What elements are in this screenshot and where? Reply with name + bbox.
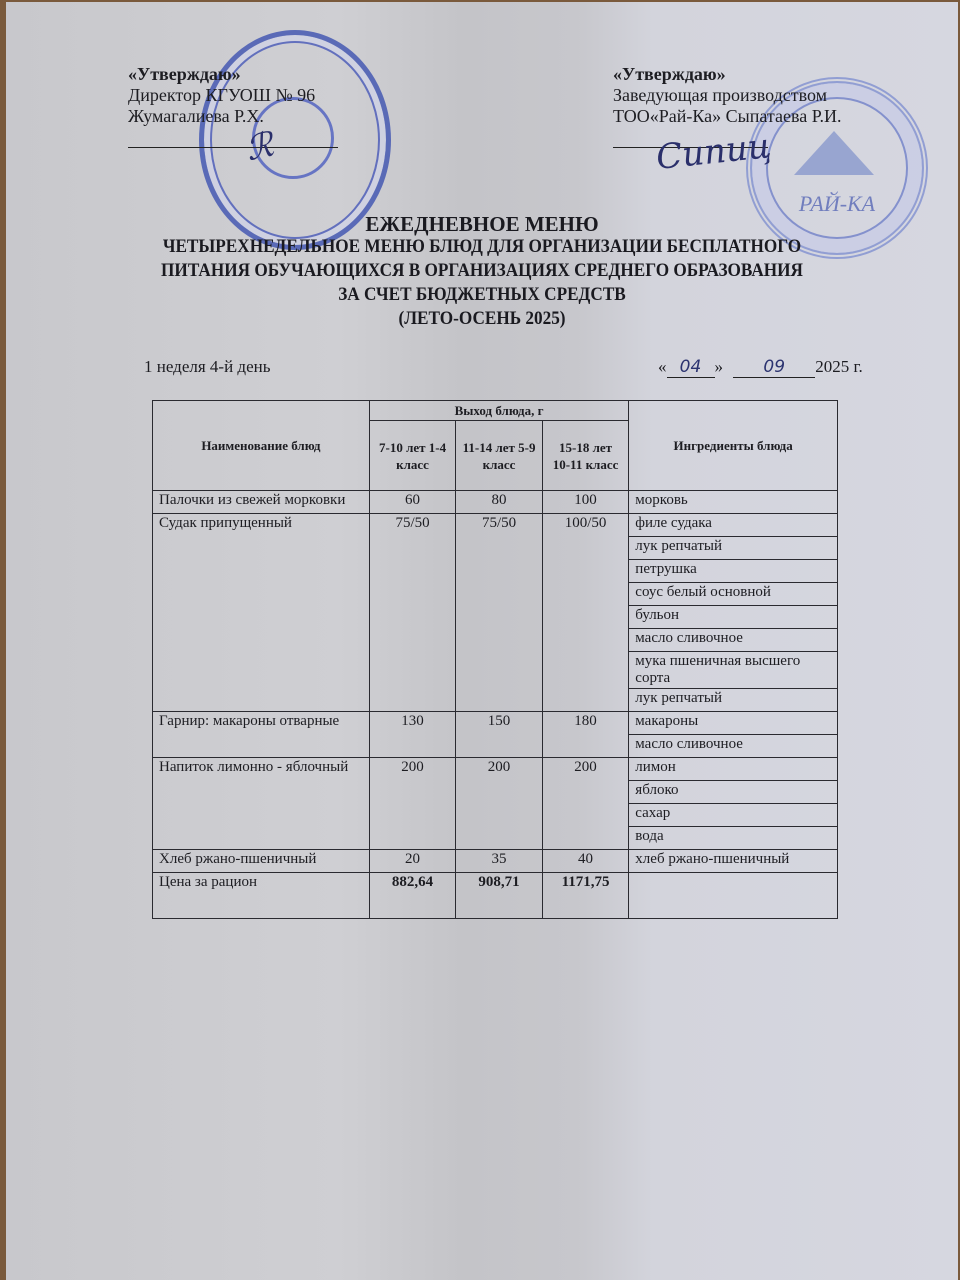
- date-quote-close: »: [715, 357, 724, 376]
- dish-yield: 35: [456, 850, 543, 873]
- total-price: 1171,75: [542, 873, 629, 919]
- ingredient: филе судака: [629, 514, 838, 537]
- document-title: ЕЖЕДНЕВНОЕ МЕНЮ: [6, 212, 958, 237]
- approval-position: Директор КГУОШ № 96: [128, 85, 338, 106]
- dish-yield: 150: [456, 712, 543, 758]
- dish-yield: 200: [369, 758, 456, 850]
- ingredient: соус белый основной: [629, 583, 838, 606]
- dish-name: Напиток лимонно - яблочный: [153, 758, 370, 850]
- ingredient: петрушка: [629, 560, 838, 583]
- total-row: Цена за рацион882,64908,711171,75: [153, 873, 838, 919]
- date-year: 2025 г.: [815, 357, 863, 376]
- document-subtitle: ЧЕТЫРЕХНЕДЕЛЬНОЕ МЕНЮ БЛЮД ДЛЯ ОРГАНИЗАЦ…: [39, 235, 924, 331]
- ingredient: вода: [629, 827, 838, 850]
- dish-name: Хлеб ржано-пшеничный: [153, 850, 370, 873]
- subtitle-line: ЗА СЧЕТ БЮДЖЕТНЫХ СРЕДСТВ: [39, 283, 924, 307]
- ingredient: лимон: [629, 758, 838, 781]
- header-age-15-18: 15-18 лет 10-11 класс: [542, 421, 629, 491]
- table-row: Хлеб ржано-пшеничный203540хлеб ржано-пше…: [153, 850, 838, 873]
- dish-yield: 200: [542, 758, 629, 850]
- document-page: РАЙ-КА «Утверждаю» Директор КГУОШ № 96 Ж…: [6, 2, 958, 1280]
- header-ingredients: Ингредиенты блюда: [629, 401, 838, 491]
- approval-heading: «Утверждаю»: [613, 64, 841, 85]
- ingredient: сахар: [629, 804, 838, 827]
- date-month-handwritten: 09: [733, 357, 815, 378]
- dish-yield: 75/50: [369, 514, 456, 712]
- ingredient: морковь: [629, 491, 838, 514]
- total-price: 908,71: [456, 873, 543, 919]
- dish-yield: 75/50: [456, 514, 543, 712]
- dish-name: Палочки из свежей морковки: [153, 491, 370, 514]
- menu-date: «04» 092025 г.: [658, 357, 863, 378]
- date-day-handwritten: 04: [667, 357, 715, 378]
- signature-line: [128, 129, 338, 148]
- approval-heading: «Утверждаю»: [128, 64, 338, 85]
- subtitle-line: (ЛЕТО-ОСЕНЬ 2025): [39, 307, 924, 331]
- menu-table-body: Палочки из свежей морковки6080100морковь…: [153, 491, 838, 919]
- approval-person: ТОО«Рай-Ка» Сыпатаева Р.И.: [613, 106, 841, 127]
- ingredient: масло сливочное: [629, 735, 838, 758]
- dish-name: Гарнир: макароны отварные: [153, 712, 370, 758]
- dish-yield: 100: [542, 491, 629, 514]
- dish-yield: 20: [369, 850, 456, 873]
- subtitle-line: ЧЕТЫРЕХНЕДЕЛЬНОЕ МЕНЮ БЛЮД ДЛЯ ОРГАНИЗАЦ…: [39, 235, 924, 259]
- header-yield: Выход блюда, г: [369, 401, 629, 421]
- week-day-label: 1 неделя 4-й день: [144, 357, 270, 377]
- approval-position: Заведующая производством: [613, 85, 841, 106]
- table-row: Гарнир: макароны отварные130150180макаро…: [153, 712, 838, 735]
- ingredient: бульон: [629, 606, 838, 629]
- table-row: Судак припущенный75/5075/50100/50филе су…: [153, 514, 838, 537]
- dish-yield: 80: [456, 491, 543, 514]
- header-age-7-10: 7-10 лет 1-4 класс: [369, 421, 456, 491]
- header-age-11-14: 11-14 лет 5-9 класс: [456, 421, 543, 491]
- approval-block-director: «Утверждаю» Директор КГУОШ № 96 Жумагали…: [128, 64, 338, 148]
- total-ingredients: [629, 873, 838, 919]
- ingredient: масло сливочное: [629, 629, 838, 652]
- date-quote-open: «: [658, 357, 667, 376]
- dish-yield: 200: [456, 758, 543, 850]
- ingredient: лук репчатый: [629, 689, 838, 712]
- header-dish-name: Наименование блюд: [153, 401, 370, 491]
- ingredient: лук репчатый: [629, 537, 838, 560]
- ingredient: мука пшеничная высшего сорта: [629, 652, 838, 689]
- dish-yield: 100/50: [542, 514, 629, 712]
- subtitle-line: ПИТАНИЯ ОБУЧАЮЩИХСЯ В ОРГАНИЗАЦИЯХ СРЕДН…: [39, 259, 924, 283]
- ingredient: хлеб ржано-пшеничный: [629, 850, 838, 873]
- dish-yield: 180: [542, 712, 629, 758]
- total-label: Цена за рацион: [153, 873, 370, 919]
- dish-name: Судак припущенный: [153, 514, 370, 712]
- dish-yield: 40: [542, 850, 629, 873]
- dish-yield: 60: [369, 491, 456, 514]
- dish-yield: 130: [369, 712, 456, 758]
- ingredient: макароны: [629, 712, 838, 735]
- total-price: 882,64: [369, 873, 456, 919]
- table-row: Напиток лимонно - яблочный200200200лимон: [153, 758, 838, 781]
- approval-person: Жумагалиева Р.Х.: [128, 106, 338, 127]
- ingredient: яблоко: [629, 781, 838, 804]
- table-row: Палочки из свежей морковки6080100морковь: [153, 491, 838, 514]
- menu-table: Наименование блюд Выход блюда, г Ингреди…: [152, 400, 838, 919]
